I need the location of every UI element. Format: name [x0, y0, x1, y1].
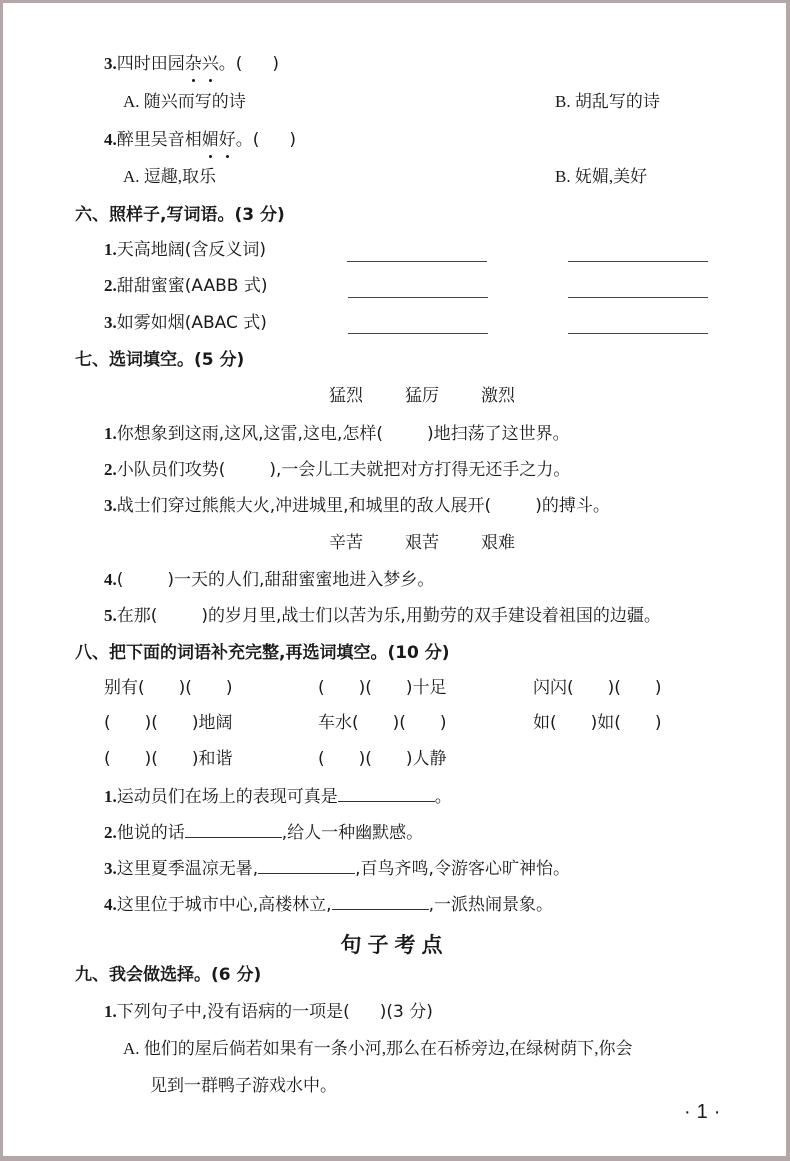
item-text: )的岁月里,战士们以苦为乐,用勤劳的双手建设着祖国的边疆。	[201, 606, 660, 626]
item-text: 在那(	[117, 606, 158, 626]
emphasis-char: 媚	[202, 129, 219, 151]
item-number: 1.	[104, 787, 117, 806]
question-6-item-1: 1.天高地阔(含反义词)	[104, 239, 266, 261]
question-7-item-3: 3.战士们穿过熊熊大火,冲进城里,和城里的敌人展开()的搏斗。	[104, 495, 610, 517]
answer-line[interactable]	[568, 333, 708, 334]
item-text: 他说的话	[117, 823, 185, 843]
item-text: ,百鸟齐鸣,令游客心旷神怡。	[355, 859, 570, 879]
item-number: 3.	[104, 54, 117, 73]
question-6-item-2: 2.甜甜蜜蜜(AABB 式)	[104, 275, 267, 297]
answer-line[interactable]	[348, 333, 488, 334]
item-text: 甜甜蜜蜜(AABB 式)	[117, 276, 268, 296]
item-text: ,给人一种幽默感。	[282, 823, 423, 843]
idiom-blank[interactable]: 闪闪( )( )	[533, 677, 662, 699]
question-8-item-2: 2.他说的话,给人一种幽默感。	[104, 821, 423, 844]
item-text: )一天的人们,甜甜蜜蜜地进入梦乡。	[167, 570, 434, 590]
item-number: 1.	[104, 424, 117, 443]
section-heading: 句子考点	[3, 929, 786, 959]
item-text: 天高地阔(含反义词)	[117, 240, 266, 260]
word-option: 激烈	[481, 386, 515, 406]
page-number: ·1·	[684, 1101, 726, 1124]
fill-blank[interactable]	[258, 857, 355, 874]
question-5-item-4: 4.醉里吴音相媚好。()	[104, 129, 296, 151]
idiom-blank[interactable]: ( )( )十足	[318, 677, 447, 699]
word-bank-2: 辛苦艰苦艰难	[329, 532, 515, 554]
question-7-title: 七、选词填空。(5 分)	[75, 349, 244, 371]
item-text: ,一派热闹景象。	[429, 895, 553, 915]
item-number: 4.	[104, 570, 117, 589]
word-bank-1: 猛烈猛厉激烈	[329, 385, 515, 407]
answer-line[interactable]	[568, 297, 708, 298]
answer-line[interactable]	[348, 297, 488, 298]
question-8-item-1: 1.运动员们在场上的表现可真是。	[104, 785, 452, 808]
option-b: B. 妩媚,美好	[555, 166, 647, 188]
item-text: ),一会儿工夫就把对方打得无还手之力。	[269, 460, 570, 480]
item-text: 。	[435, 787, 452, 807]
item-text: )地扫荡了这世界。	[427, 424, 570, 444]
question-8-item-3: 3.这里夏季温凉无暑,,百鸟齐鸣,令游客心旷神怡。	[104, 857, 570, 880]
item-text: 运动员们在场上的表现可真是	[117, 787, 338, 807]
option-a: A. 逗趣,取乐	[123, 166, 216, 188]
idiom-blank[interactable]: 如( )如( )	[533, 712, 662, 734]
exam-page: 3.四时田园杂兴。() A. 随兴而写的诗 B. 胡乱写的诗 4.醉里吴音相媚好…	[3, 3, 786, 1156]
item-text: (	[117, 570, 124, 590]
option-a-continued: 见到一群鸭子游戏水中。	[150, 1075, 337, 1097]
answer-line[interactable]	[568, 261, 708, 262]
item-number: 3.	[104, 496, 117, 515]
item-number: 3.	[104, 859, 117, 878]
item-number: 2.	[104, 276, 117, 295]
item-text: 下列句子中,没有语病的一项是(	[117, 1002, 350, 1022]
question-9-item-1: 1.下列句子中,没有语病的一项是()(3 分)	[104, 1001, 433, 1023]
answer-line[interactable]	[347, 261, 487, 262]
idiom-blank[interactable]: ( )( )人静	[318, 748, 447, 770]
emphasis-char: 杂	[185, 53, 202, 75]
word-option: 艰难	[481, 533, 515, 553]
item-text: 你想象到这雨,这风,这雷,这电,怎样(	[117, 424, 383, 444]
item-text: 战士们穿过熊熊大火,冲进城里,和城里的敌人展开(	[117, 496, 491, 516]
word-option: 猛厉	[405, 386, 439, 406]
item-number: 1.	[104, 1002, 117, 1021]
emphasis-char: 兴	[202, 53, 219, 75]
fill-blank[interactable]	[185, 821, 282, 838]
emphasis-char: 好	[219, 129, 236, 151]
item-number: 2.	[104, 823, 117, 842]
question-7-item-1: 1.你想象到这雨,这风,这雷,这电,怎样()地扫荡了这世界。	[104, 423, 570, 445]
question-8-title: 八、把下面的词语补充完整,再选词填空。(10 分)	[75, 642, 450, 664]
question-7-item-2: 2.小队员们攻势(),一会儿工夫就把对方打得无还手之力。	[104, 459, 570, 481]
item-number: 3.	[104, 313, 117, 332]
word-option: 艰苦	[405, 533, 439, 553]
item-text: 四时田园	[117, 54, 185, 74]
item-number: 1.	[104, 240, 117, 259]
item-number: 5.	[104, 606, 117, 625]
question-7-item-5: 5.在那()的岁月里,战士们以苦为乐,用勤劳的双手建设着祖国的边疆。	[104, 605, 661, 627]
item-text: 这里位于城市中心,高楼林立,	[117, 895, 332, 915]
item-text: 醉里吴音相	[117, 130, 202, 150]
idiom-blank[interactable]: ( )( )和谐	[104, 748, 233, 770]
word-option: 猛烈	[329, 386, 363, 406]
question-8-item-4: 4.这里位于城市中心,高楼林立,,一派热闹景象。	[104, 893, 553, 916]
item-number: 2.	[104, 460, 117, 479]
idiom-blank[interactable]: ( )( )地阔	[104, 712, 233, 734]
item-text: 小队员们攻势(	[117, 460, 226, 480]
item-text: 这里夏季温凉无暑,	[117, 859, 258, 879]
item-text: 。(	[236, 130, 260, 150]
idiom-blank[interactable]: 别有( )( )	[104, 677, 233, 699]
option-a: A. 他们的屋后倘若如果有一条小河,那么在石桥旁边,在绿树荫下,你会	[123, 1038, 633, 1060]
question-9-title: 九、我会做选择。(6 分)	[75, 964, 261, 986]
question-5-item-3: 3.四时田园杂兴。()	[104, 53, 279, 75]
word-option: 辛苦	[329, 533, 363, 553]
question-6-item-3: 3.如雾如烟(ABAC 式)	[104, 312, 267, 334]
item-number: 4.	[104, 130, 117, 149]
option-b: B. 胡乱写的诗	[555, 91, 660, 113]
question-6-title: 六、照样子,写词语。(3 分)	[75, 204, 285, 226]
question-7-item-4: 4.()一天的人们,甜甜蜜蜜地进入梦乡。	[104, 569, 434, 591]
paren-close: )	[272, 54, 279, 74]
item-text: )的搏斗。	[535, 496, 610, 516]
fill-blank[interactable]	[332, 893, 429, 910]
option-a: A. 随兴而写的诗	[123, 91, 246, 113]
item-text: 如雾如烟(ABAC 式)	[117, 313, 267, 333]
item-text: 。(	[219, 54, 243, 74]
item-text: )(3 分)	[380, 1002, 433, 1022]
idiom-blank[interactable]: 车水( )( )	[318, 712, 447, 734]
fill-blank[interactable]	[338, 785, 435, 802]
item-number: 4.	[104, 895, 117, 914]
paren-close: )	[289, 130, 296, 150]
